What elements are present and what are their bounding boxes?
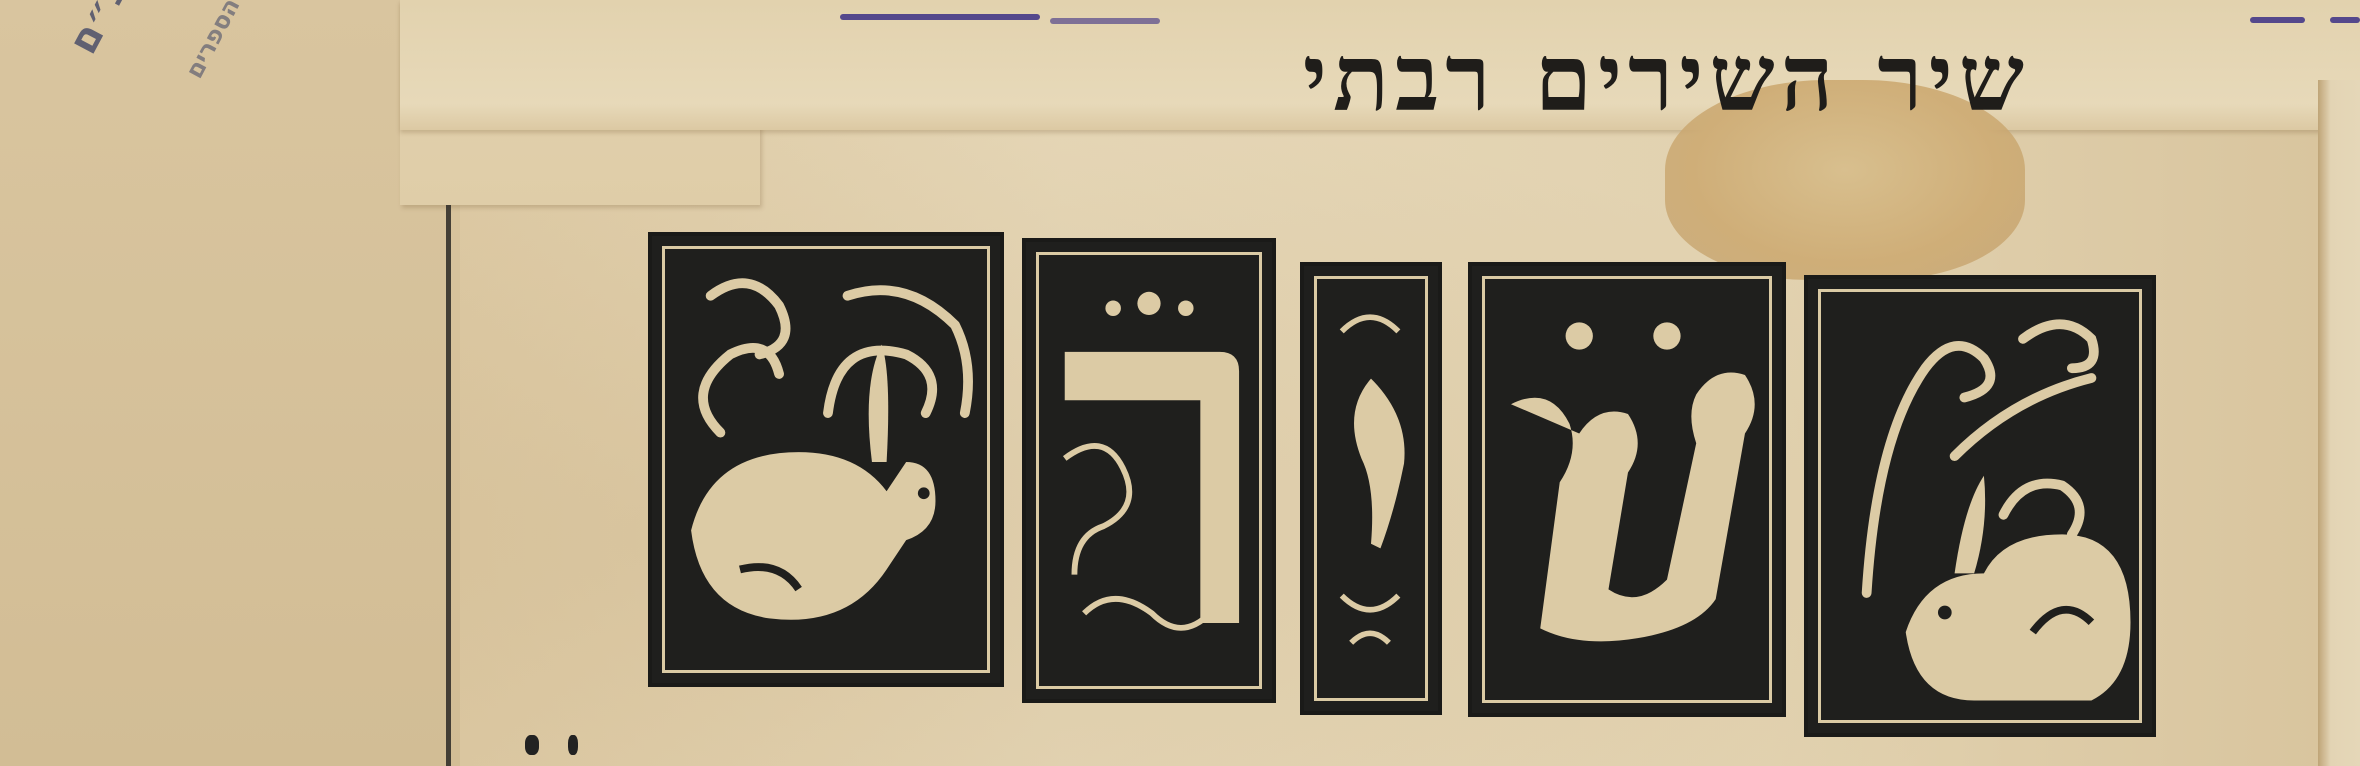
woodcut-panel-hare-right <box>1804 275 2156 737</box>
hare-icon <box>1808 279 2152 733</box>
page-title: שיר השירים רבתי <box>800 18 2030 138</box>
left-paper-leaf <box>0 0 460 766</box>
book-page-photo: הספריה ע״ש הרמב״ם תל-אביב מחלקת הספרים ש… <box>0 0 2360 766</box>
page-right-edge <box>2318 80 2360 766</box>
woodcut-panel-hare-left <box>648 232 1004 687</box>
page-border-rule <box>446 205 451 766</box>
woodcut-panel-letter-he <box>1022 238 1276 703</box>
text-fragment <box>525 735 539 755</box>
text-fragment <box>568 735 578 755</box>
letter-shin-icon <box>1472 266 1782 713</box>
woodcut-panel-letter-vav <box>1300 262 1442 715</box>
hare-icon <box>652 236 1000 683</box>
letter-he-icon <box>1026 242 1272 699</box>
pen-mark <box>2330 17 2360 23</box>
letter-vav-icon <box>1304 266 1438 711</box>
woodcut-panel-letter-shin <box>1468 262 1786 717</box>
pen-mark <box>2250 17 2305 23</box>
